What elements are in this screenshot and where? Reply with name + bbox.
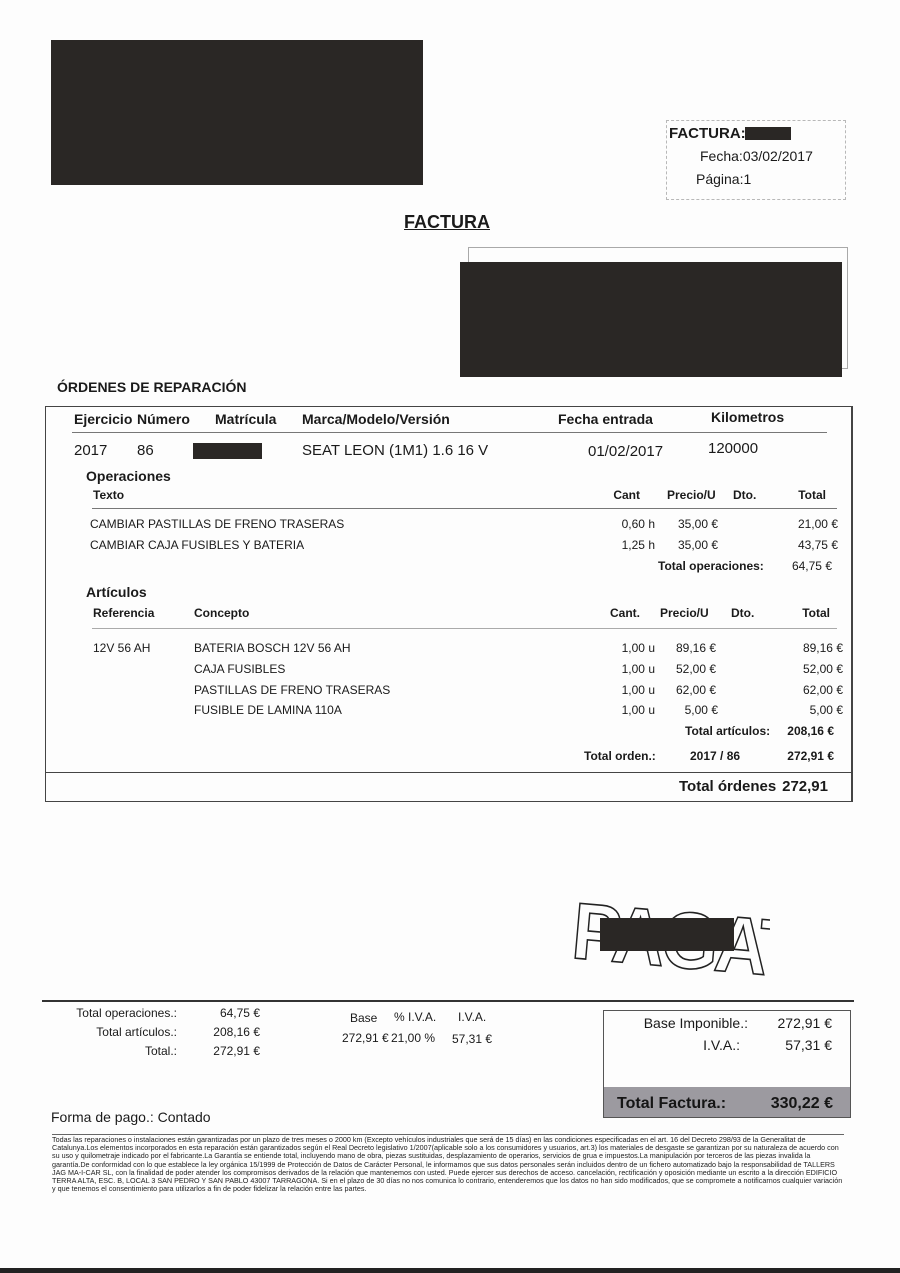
page-bottom-edge: [0, 1268, 900, 1273]
art-row-3-cant: 1,00 u: [595, 683, 655, 697]
document-title: FACTURA: [404, 212, 490, 233]
iva-value: 57,31 €: [452, 1032, 492, 1046]
payment-value: Contado: [158, 1109, 211, 1125]
op-row-2-texto: CAMBIAR CAJA FUSIBLES Y BATERIA: [90, 538, 304, 552]
summary-articulos-label: Total artículos.:: [60, 1025, 177, 1039]
invoice-date: Fecha:03/02/2017: [700, 148, 813, 164]
art-row-2-cant: 1,00 u: [595, 662, 655, 676]
summary-operaciones-value: 64,75 €: [200, 1006, 260, 1020]
op-total-value: 64,75 €: [770, 559, 832, 573]
art-row-3-concepto: PASTILLAS DE FRENO TRASERAS: [194, 683, 390, 697]
redacted-company-header: [51, 40, 423, 185]
order-marca: SEAT LEON (1M1) 1.6 16 V: [302, 442, 488, 459]
summary-operaciones-label: Total operaciones.:: [60, 1006, 177, 1020]
invoice-page-value: 1: [743, 171, 751, 187]
invoice-date-label: Fecha:: [700, 148, 743, 164]
art-row-1-concepto: BATERIA BOSCH 12V 56 AH: [194, 641, 351, 655]
orders-box: [45, 406, 853, 802]
col-numero: Número: [137, 411, 190, 427]
art-header-line: [92, 628, 837, 629]
art-row-1-cant: 1,00 u: [595, 641, 655, 655]
op-col-texto: Texto: [93, 488, 124, 502]
art-col-precio: Precio/U: [660, 606, 709, 620]
payment-label: Forma de pago.:: [51, 1109, 154, 1125]
art-row-1-precio: 89,16 €: [676, 641, 716, 655]
invoice-date-value: 03/02/2017: [743, 148, 813, 164]
total-ordenes-value: 272,91: [770, 778, 828, 795]
redacted-invoice-number: [745, 127, 791, 140]
art-row-2-concepto: CAJA FUSIBLES: [194, 662, 285, 676]
art-row-1-referencia: 12V 56 AH: [93, 641, 150, 655]
op-row-2-precio: 35,00 €: [678, 538, 718, 552]
art-row-4-cant: 1,00 u: [595, 703, 655, 717]
art-col-referencia: Referencia: [93, 606, 154, 620]
col-matricula: Matrícula: [215, 411, 276, 427]
art-row-3-precio: 62,00 €: [676, 683, 716, 697]
art-row-2-precio: 52,00 €: [676, 662, 716, 676]
art-row-3-total: 62,00 €: [770, 683, 843, 697]
col-marca: Marca/Modelo/Versión: [302, 411, 450, 427]
operaciones-title: Operaciones: [86, 468, 171, 484]
col-kilometros: Kilometros: [711, 409, 784, 425]
op-total-label: Total operaciones:: [658, 559, 764, 573]
art-row-2-total: 52,00 €: [770, 662, 843, 676]
payment-method: Forma de pago.: Contado: [51, 1109, 211, 1125]
art-row-4-concepto: FUSIBLE DE LAMINA 110A: [194, 703, 342, 717]
base-imponible-label: Base Imponible.:: [610, 1015, 748, 1031]
iva-total-value: 57,31 €: [760, 1037, 832, 1053]
art-row-1-total: 89,16 €: [770, 641, 843, 655]
art-col-total: Total: [780, 606, 830, 620]
summary-articulos-value: 208,16 €: [200, 1025, 260, 1039]
art-col-cant: Cant.: [590, 606, 640, 620]
invoice-label: FACTURA:: [669, 125, 746, 142]
col-ejercicio: Ejercicio: [74, 411, 132, 427]
invoice-page: Página:1: [696, 171, 751, 187]
iva-col-pct: % I.V.A.: [394, 1010, 436, 1024]
total-factura-value: 330,22 €: [750, 1095, 833, 1113]
op-row-2-total: 43,75 €: [770, 538, 838, 552]
op-row-1-precio: 35,00 €: [678, 517, 718, 531]
art-row-4-total: 5,00 €: [770, 703, 843, 717]
op-row-1-texto: CAMBIAR PASTILLAS DE FRENO TRASERAS: [90, 517, 344, 531]
summary-total-value: 272,91 €: [200, 1044, 260, 1058]
total-orden-value: 272,91 €: [770, 749, 834, 763]
order-numero: 86: [137, 442, 154, 459]
art-col-dto: Dto.: [731, 606, 754, 620]
op-col-total: Total: [776, 488, 826, 502]
art-col-concepto: Concepto: [194, 606, 249, 620]
op-row-1-cant: 0,60 h: [595, 517, 655, 531]
total-orden-ref: 2017 / 86: [690, 749, 740, 763]
art-row-4-precio: 5,00 €: [676, 703, 718, 717]
order-ejercicio: 2017: [74, 442, 107, 459]
op-row-2-cant: 1,25 h: [595, 538, 655, 552]
order-kilometros: 120000: [708, 440, 758, 457]
art-total-label: Total artículos:: [685, 724, 770, 738]
iva-col-base: Base: [350, 1011, 377, 1025]
op-col-precio: Precio/U: [667, 488, 716, 502]
redacted-client-details: [460, 262, 842, 377]
articulos-title: Artículos: [86, 584, 147, 600]
summary-top-line: [42, 1000, 854, 1002]
op-row-1-total: 21,00 €: [770, 517, 838, 531]
base-imponible-value: 272,91 €: [760, 1015, 832, 1031]
orders-section-title: ÓRDENES DE REPARACIÓN: [57, 379, 247, 395]
redacted-stamp-detail: [600, 918, 734, 951]
art-total-value: 208,16 €: [770, 724, 834, 738]
iva-base-value: 272,91 €: [342, 1031, 389, 1045]
order-fecha-entrada: 01/02/2017: [588, 443, 663, 460]
op-header-line: [92, 508, 837, 509]
orders-separator: [45, 772, 853, 773]
col-fecha-entrada: Fecha entrada: [558, 411, 653, 427]
op-col-dto: Dto.: [733, 488, 756, 502]
legal-text: Todas las reparaciones o instalaciones e…: [52, 1136, 844, 1193]
iva-pct-value: 21,00 %: [391, 1031, 435, 1045]
order-header-line: [72, 432, 827, 433]
redacted-license-plate: [193, 443, 262, 459]
total-ordenes-label: Total órdenes: [679, 778, 776, 795]
total-orden-label: Total orden.:: [584, 749, 656, 763]
iva-col-iva: I.V.A.: [458, 1010, 486, 1024]
op-col-cant: Cant: [590, 488, 640, 502]
invoice-page-label: Página:: [696, 171, 743, 187]
summary-total-label: Total.:: [60, 1044, 177, 1058]
iva-label: I.V.A.:: [610, 1037, 740, 1053]
total-factura-label: Total Factura.:: [617, 1095, 726, 1113]
